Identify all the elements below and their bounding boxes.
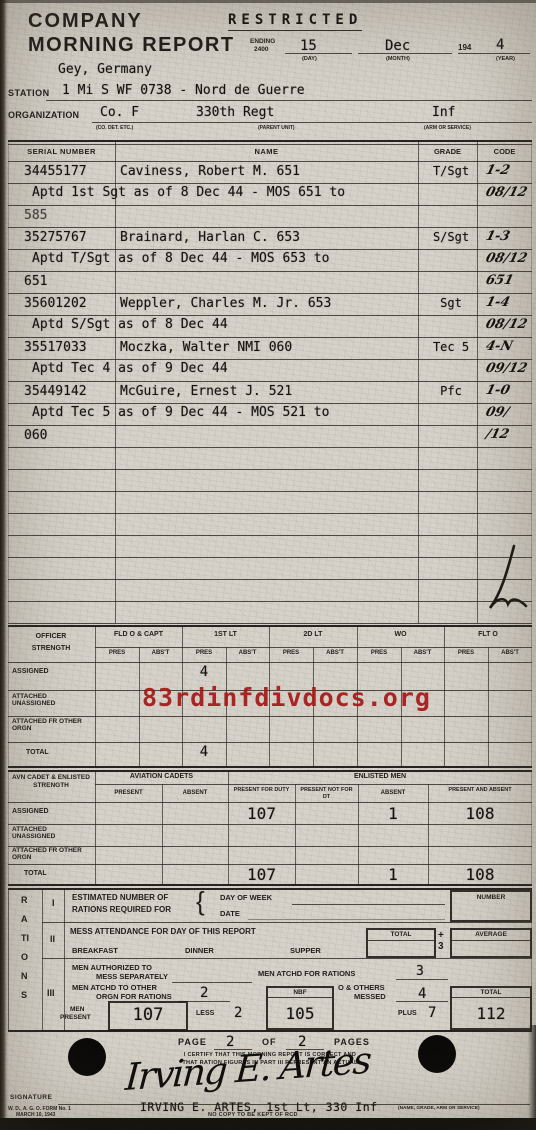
subcol-cadets-present: PRESENT [95,790,162,796]
total-absent-value: 1 [358,865,428,884]
day-of-week-label: DAY OF WEEK [220,893,272,902]
ruled-line [8,315,532,316]
subcol-present-and-absent: PRESENT AND ABSENT [430,787,530,794]
ruled-line [8,557,532,558]
officer-table-bottom [8,766,532,768]
station-underline [46,100,532,101]
mos-handwritten: 651 [484,273,536,288]
date-handwritten: 08/12 [484,251,536,266]
mess-separately-blank [172,982,252,983]
name-grade-caption: (NAME, GRADE, ARM OR SERVICE) [398,1106,480,1111]
officer-right-border [531,625,532,766]
officer-assigned-1stlt-pres-value: 4 [182,664,226,680]
grade-value: S/Sgt [418,230,484,244]
month-caption: (MONTH) [386,56,410,62]
ruled-line [8,425,532,426]
subcol-pres: PRES [182,650,226,656]
organization-parent-unit: 330th Regt [196,105,274,120]
ending-month-value: Dec [385,38,410,54]
organization-underline [92,122,532,123]
subcol-abst: ABS'T [401,650,444,656]
signature-label: SIGNATURE [10,1094,52,1101]
remark-typed: 060 [24,428,47,443]
dinner-label: DINNER [185,946,214,955]
remark-typed: 651 [24,274,47,289]
others-label-1: O & OTHERS [338,983,385,992]
men-label: MEN [70,1006,84,1013]
roster-top-border-inner [8,144,532,145]
mess-attendance-title: MESS ATTENDANCE FOR DAY OF THIS REPORT [70,927,256,936]
rations-roman-iii: III [47,988,55,998]
present-label: PRESENT [60,1014,91,1021]
code-handwritten: 4-N [484,339,536,354]
subcol-pres: PRES [357,650,401,656]
plus-label: PLUS [398,1010,417,1017]
day-underline [285,53,352,54]
table-row: 34455177 Caviness, Robert M. 651 T/Sgt 1… [8,161,532,183]
men-atchd-rations-value: 3 [416,964,424,979]
date-handwritten: 09/12 [484,361,536,376]
divide-3-glyph: 3 [438,941,444,952]
men-authorized-label-1: MEN AUTHORIZED TO [72,963,152,972]
table-row: 35517033 Moczka, Walter NMI 060 Tec 5 4-… [8,337,532,359]
ruled-line [8,227,532,228]
group-header-fldo-capt: FLD O & CAPT [95,631,182,638]
enlisted-groupheader-line [95,784,532,785]
rations-divider-1 [42,922,532,923]
enlisted-row-total: TOTAL [24,870,47,877]
officer-total-1stlt-pres-value: 4 [182,744,226,760]
estimated-rations-label-1: ESTIMATED NUMBER OF [72,893,168,902]
page-label: PAGE [178,1037,207,1047]
officer-table-top [8,625,532,627]
subcol-abst: ABS'T [488,650,532,656]
ruled-line [8,271,532,272]
brace-glyph: { [196,886,205,917]
year-underline [458,53,530,54]
rations-roman-ii: II [50,934,55,944]
date-handwritten: 08/12 [484,317,536,332]
number-box-label: NUMBER [452,894,530,901]
table-row-continuation: Aptd Tec 5 as of 9 Dec 44 - MOS 521 to 0… [8,403,532,425]
table-row: 35449142 McGuire, Ernest J. 521 Pfc 1-0 [8,381,532,403]
scan-edge-bottom [0,1118,536,1130]
remark-typed: 585 [24,208,47,223]
ruled-line [8,513,532,514]
punch-hole-left [68,1038,106,1076]
location-typed: Gey, Germany [58,62,152,77]
website-watermark: 83rdinfdivdocs.org [142,683,442,712]
code-handwritten: 1-2 [484,163,536,178]
men-present-value: 107 [110,1005,186,1025]
officer-row-total: TOTAL [26,749,49,756]
grade-value: Sgt [418,296,484,310]
scan-edge-top [0,0,536,3]
rations-total-value: 112 [452,1004,530,1023]
ruled-line [8,535,532,536]
enlisted-table-bottom [8,884,532,886]
table-row-continuation: 651 651 [8,271,532,293]
organization-company: Co. F [100,105,139,120]
remark-typed: Aptd Tec 4 as of 9 Dec 44 [32,361,472,376]
table-row: 35275767 Brainard, Harlan C. 653 S/Sgt 1… [8,227,532,249]
morning-report-scan: COMPANY MORNING REPORT RESTRICTED ENDING… [0,0,536,1130]
breakfast-label: BREAKFAST [72,946,118,955]
ruled-line [8,183,532,184]
day-of-week-blank-line [292,904,445,905]
ruled-line [8,579,532,580]
soldier-name: Caviness, Robert M. 651 [120,164,300,179]
ruled-line [8,623,532,624]
atchd-other-label-1: MEN ATCHD TO OTHER [72,983,157,992]
table-row-continuation: 060 /12 [8,425,532,447]
officer-sub-divider-5 [488,647,489,766]
officer-row-attached-unassigned: ATTACHED UNASSIGNED [12,693,72,708]
enlisted-row-attached-unassigned: ATTACHED UNASSIGNED [12,826,72,841]
year-prefix: 194 [458,43,471,52]
ruled-line [8,601,532,602]
station-label: STATION [8,88,50,98]
date-handwritten: 08/12 [484,185,536,200]
nbf-value: 105 [268,1004,332,1023]
enlisted-header-line [8,802,532,803]
men-present-box: 107 [108,1001,188,1031]
men-atchd-rations-label: MEN ATCHD FOR RATIONS [258,969,355,978]
rations-vertical-label: RATIONS [21,891,32,1005]
form-title-line2: MORNING REPORT [28,34,235,57]
serial-number: 34455177 [24,164,87,179]
soldier-name: Moczka, Walter NMI 060 [120,340,292,355]
year-caption: (YEAR) [496,56,515,62]
less-label: LESS [196,1010,214,1017]
ending-time-label: 2400 [254,46,268,53]
rations-letter-col-divider [42,888,43,1030]
subcol-pres: PRES [444,650,488,656]
serial-number: 35517033 [24,340,87,355]
number-box: NUMBER [450,890,532,922]
ending-day-value: 15 [300,38,317,54]
enlisted-row-line-1 [8,824,532,825]
officer-row-attached-fr: ATTACHED FR OTHER ORGN [12,718,82,733]
ruled-line [8,337,532,338]
atchd-other-label-2: ORGN FOR RATIONS [96,992,172,1001]
column-header-grade: GRADE [418,147,477,156]
ruled-line [8,447,532,448]
grade-value: T/Sgt [418,164,484,178]
station-value: 1 Mi S WF 0738 - Nord de Guerre [62,83,305,98]
officer-row-line-2 [8,716,532,717]
subcol-abst: ABS'T [139,650,182,656]
subcol-abst: ABS'T [226,650,269,656]
ending-label: ENDING [250,38,275,45]
officer-label-divider [95,625,96,766]
code-handwritten: 1-3 [484,229,536,244]
date-label: DATE [220,909,240,918]
parent-unit-caption: (PARENT UNIT) [258,125,295,131]
total-present-and-absent-value: 108 [428,865,532,884]
ending-year-value: 4 [496,37,504,53]
officer-group-divider-4 [444,625,445,766]
average-box: AVERAGE [450,928,532,958]
nbf-box: NBF 105 [266,986,334,1030]
table-row-continuation: Aptd 1st Sgt as of 8 Dec 44 - MOS 651 to… [8,183,532,205]
less-value: 2 [234,1005,242,1021]
date-blank-line [248,919,445,920]
scan-edge-right [528,1025,536,1125]
assigned-present-for-duty-value: 107 [228,804,295,823]
average-label: AVERAGE [452,931,530,941]
rations-total-label: TOTAL [452,989,530,998]
grade-value: Tec 5 [418,340,484,354]
organization-arm: Inf [432,105,455,120]
table-row: 35601202 Weppler, Charles M. Jr. 653 Sgt… [8,293,532,315]
enlisted-row-assigned: ASSIGNED [12,808,49,815]
column-header-code: CODE [477,147,532,156]
enlisted-label-divider [95,770,96,884]
assigned-present-and-absent-value: 108 [428,804,532,823]
ruled-line [8,359,532,360]
column-header-name: NAME [115,147,418,156]
handwritten-initials-mark [468,540,532,614]
ruled-line [8,205,532,206]
group-header-enlisted-men: ENLISTED MEN [228,773,532,780]
arm-service-caption: (ARM OR SERVICE) [424,125,471,131]
restricted-classification-stamp: RESTRICTED [228,12,362,31]
serial-number: 35275767 [24,230,87,245]
table-row-continuation: Aptd Tec 4 as of 9 Dec 44 09/12 [8,359,532,381]
soldier-name: Weppler, Charles M. Jr. 653 [120,296,331,311]
rations-divider-2 [42,958,532,959]
ruled-line [8,293,532,294]
day-caption: (DAY) [302,56,317,62]
scan-edge-left [0,0,9,1130]
enlisted-sub-divider-1 [162,784,163,884]
group-header-1st-lt: 1ST LT [182,631,269,638]
group-header-flt-o: FLT O [444,631,532,638]
others-label-2: MESSED [354,992,386,1001]
form-title-line1: COMPANY [28,10,143,33]
officer-sub-divider-1 [139,647,140,766]
enlisted-strength-header: AVN CADET & ENLISTED STRENGTH [10,774,92,790]
subcol-present-for-duty: PRESENT FOR DUTY [230,787,293,794]
subcol-abst: ABS'T [313,650,357,656]
officer-header-line [8,662,532,663]
roster-top-border [8,140,532,142]
supper-label: SUPPER [290,946,321,955]
serial-number: 35601202 [24,296,87,311]
grade-value: Pfc [418,384,484,398]
date-handwritten: /12 [484,427,536,442]
code-handwritten: 1-0 [484,383,536,398]
code-handwritten: 1-4 [484,295,536,310]
rations-roman-col-divider [64,888,65,1030]
officer-row-line-3 [8,742,532,743]
ruled-line [8,249,532,250]
table-row-continuation: Aptd S/Sgt as of 8 Dec 44 08/12 [8,315,532,337]
enlisted-row-line-2 [8,846,532,847]
subcol-cadets-absent: ABSENT [162,790,228,796]
ruled-line [8,403,532,404]
group-header-2d-lt: 2D LT [269,631,357,638]
table-row-continuation: 585 [8,205,532,227]
soldier-name: McGuire, Ernest J. 521 [120,384,292,399]
subcol-absent: ABSENT [358,790,428,796]
organization-label: ORGANIZATION [8,110,79,120]
subcol-pres: PRES [95,650,139,656]
remark-typed: Aptd T/Sgt as of 8 Dec 44 - MOS 653 to [32,251,472,266]
table-row-continuation: Aptd T/Sgt as of 8 Dec 44 - MOS 653 to 0… [8,249,532,271]
officer-strength-header-1: OFFICER [10,633,92,640]
soldier-name: Brainard, Harlan C. 653 [120,230,300,245]
estimated-rations-label-2: RATIONS REQUIRED FOR [72,905,171,914]
month-underline [358,53,452,54]
mess-total-box: TOTAL [366,928,436,958]
ruled-line [8,381,532,382]
group-header-wo: WO [357,631,444,638]
atchd-other-value: 2 [200,985,208,1001]
total-present-for-duty-value: 107 [228,865,295,884]
remark-typed: Aptd S/Sgt as of 8 Dec 44 [32,317,472,332]
rations-total-box: TOTAL 112 [450,986,532,1030]
officer-strength-header-2: STRENGTH [10,645,92,652]
remark-typed: Aptd 1st Sgt as of 8 Dec 44 - MOS 651 to [32,185,472,200]
column-header-serial: SERIAL NUMBER [8,147,115,156]
nbf-label: NBF [268,989,332,998]
serial-number: 35449142 [24,384,87,399]
rations-roman-i: I [52,898,55,908]
subcol-pres: PRES [269,650,313,656]
rations-bottom-border [8,1030,532,1032]
officer-row-assigned: ASSIGNED [12,668,49,675]
subcol-present-not-for-duty: PRESENT NOT FOR DT [297,787,356,800]
date-handwritten: 09/ [484,405,536,420]
remark-typed: Aptd Tec 5 as of 9 Dec 44 - MOS 521 to [32,405,472,420]
men-authorized-label-2: MESS SEPARATELY [96,972,168,981]
company-caption: (CO. DET. ETC.) [96,125,133,131]
divide-plus-glyph: + [438,930,444,941]
mess-total-label: TOTAL [368,931,434,941]
men-atchd-rations-line [396,979,448,980]
group-header-aviation-cadets: AVIATION CADETS [95,773,228,780]
plus-value: 7 [428,1005,436,1021]
handwritten-signature: Irving E. Artes [124,1032,466,1099]
enlisted-sub-divider-2 [295,784,296,884]
enlisted-row-attached-fr: ATTACHED FR OTHER ORGN [12,847,82,862]
assigned-absent-value: 1 [358,804,428,823]
ruled-line [8,469,532,470]
others-value: 4 [418,986,426,1002]
ruled-line [8,491,532,492]
enlisted-table-top [8,770,532,772]
